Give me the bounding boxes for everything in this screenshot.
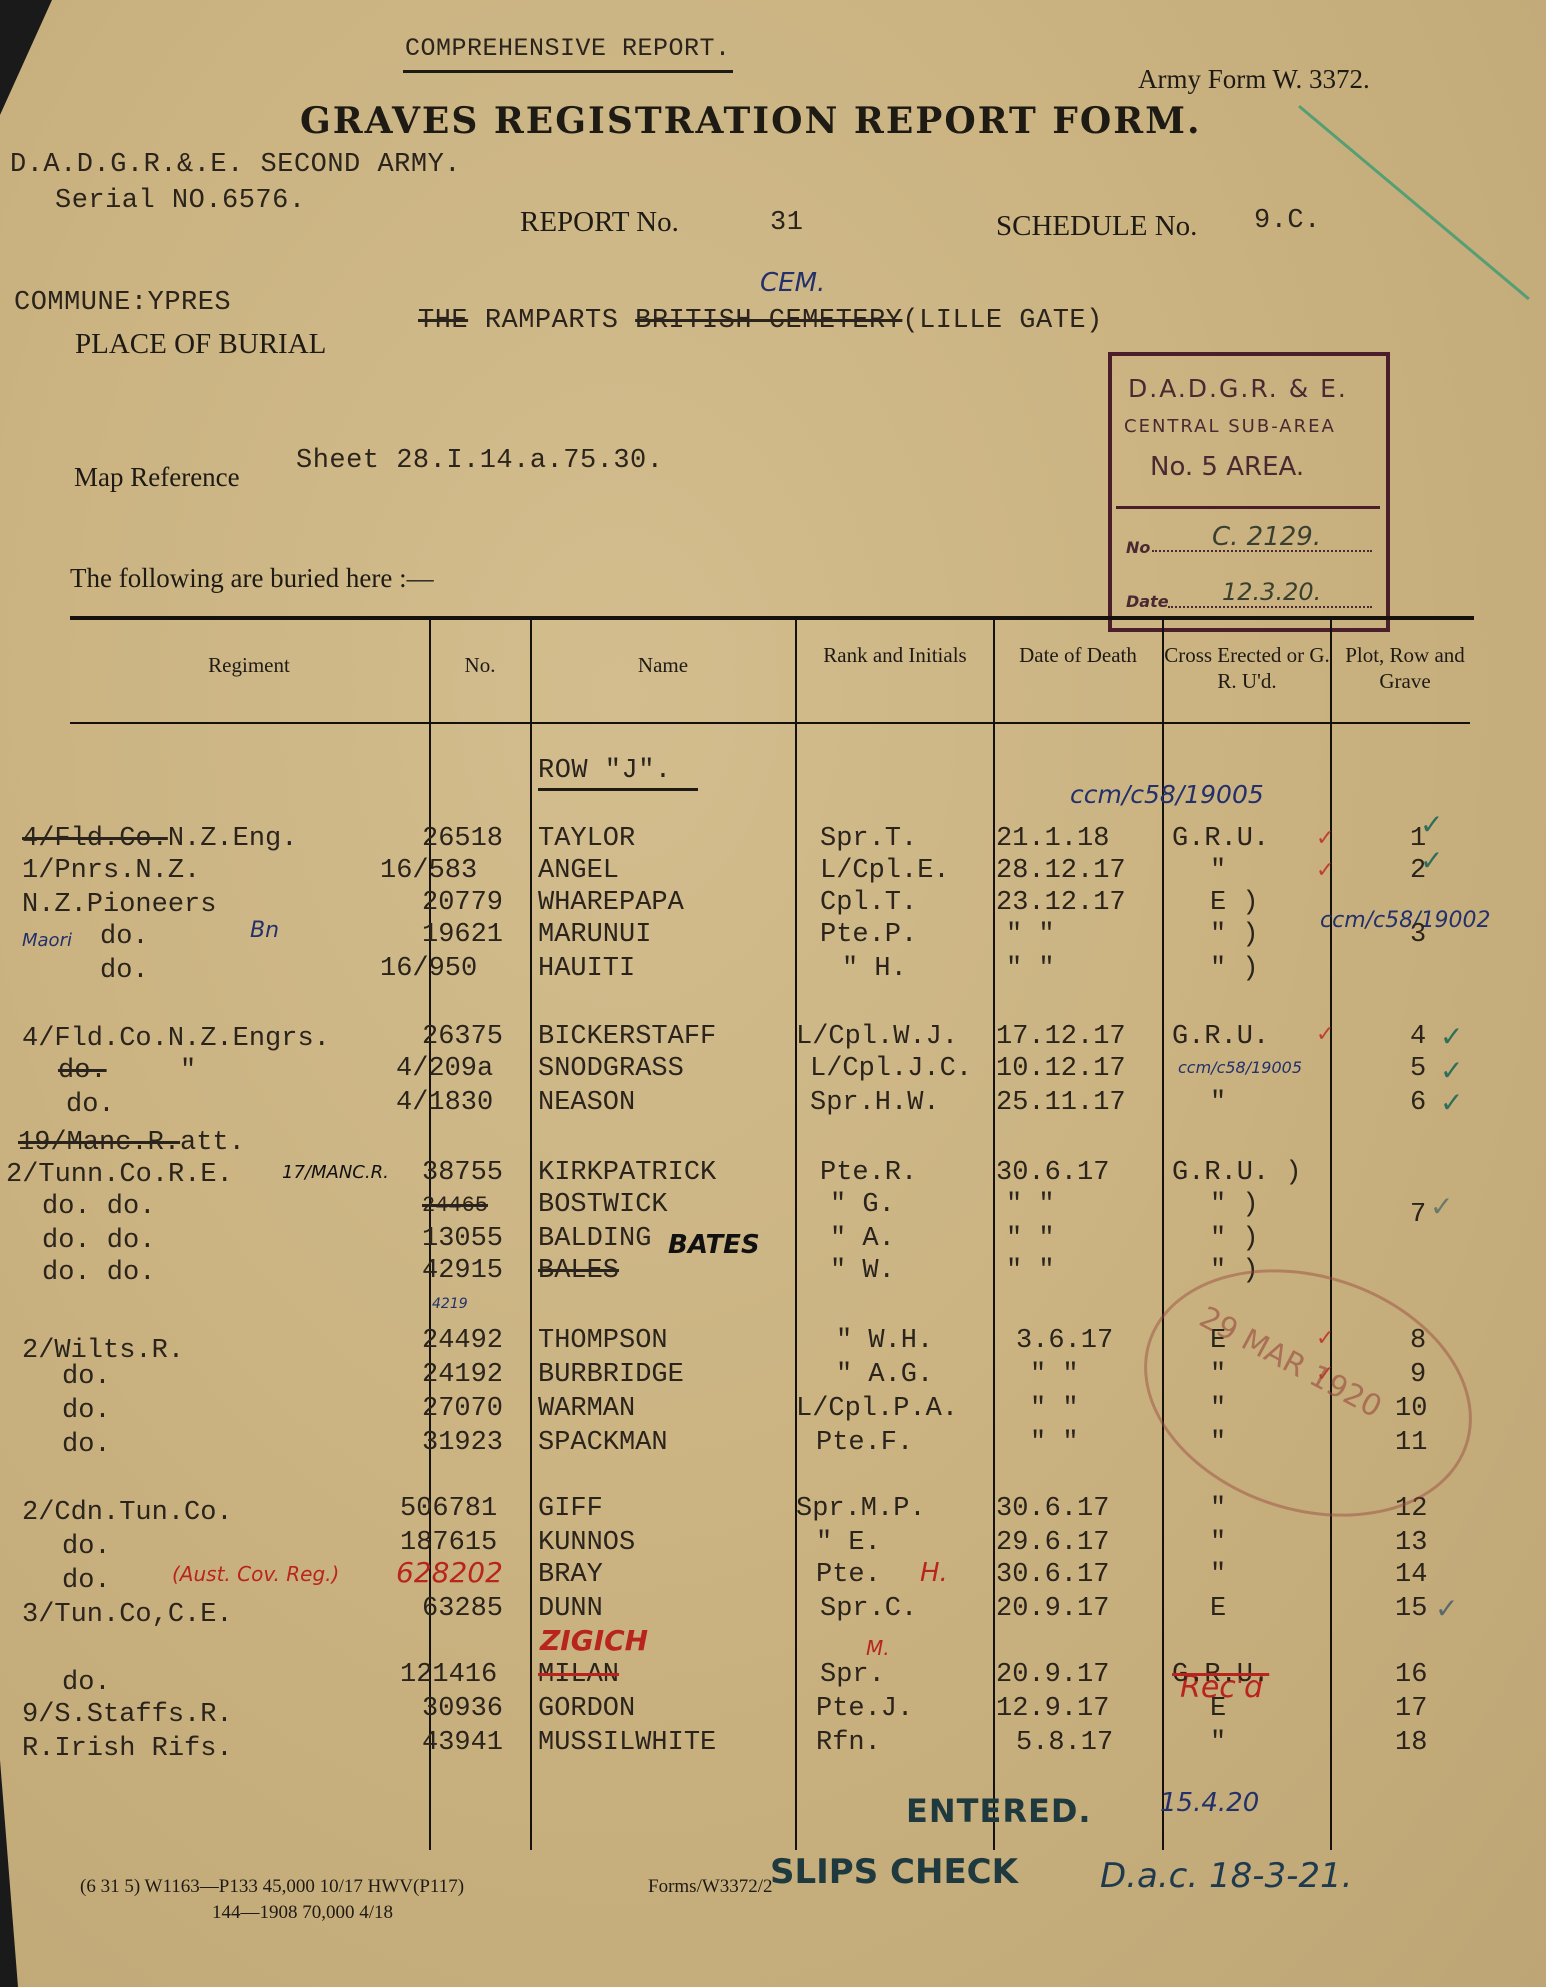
cell-name: GIFF xyxy=(538,1494,603,1524)
cell-cross: E xyxy=(1210,1694,1226,1724)
cell-rank: Cpl.T. xyxy=(820,888,917,918)
cell-date: " " xyxy=(1030,1428,1079,1458)
cell-rank: Spr.M.P. xyxy=(796,1494,926,1524)
cell-name: BALDING xyxy=(538,1224,651,1254)
cell-date: 5.8.17 xyxy=(1016,1728,1113,1758)
cell-rank: Pte. xyxy=(816,1560,881,1590)
stamp-line-3: No. 5 AREA. xyxy=(1150,452,1304,482)
cell-date: " " xyxy=(1006,1256,1055,1286)
cell-cross: " xyxy=(1210,1728,1226,1758)
cell-cross: " ) xyxy=(1210,954,1259,984)
cell-rank: L/Cpl.J.C. xyxy=(810,1054,972,1084)
cell-cross: G.R.U. xyxy=(1172,1660,1269,1690)
cell-rank: Spr.C. xyxy=(820,1594,917,1624)
cell-regiment: do. do. xyxy=(42,1226,155,1256)
cell-cross: " xyxy=(1210,1088,1226,1118)
cell-cross: " xyxy=(1210,1494,1226,1524)
slips-check-stamp: SLIPS CHECK xyxy=(770,1852,1018,1892)
cell-regiment: do. xyxy=(62,1566,111,1596)
cell-cross: E ) xyxy=(1210,888,1259,918)
stamp-date-dots xyxy=(1168,606,1372,608)
cell-regiment: R.Irish Rifs. xyxy=(22,1734,233,1764)
cell-plot: 14 xyxy=(1395,1560,1427,1590)
cell-regiment: 2/Tunn.Co.R.E. xyxy=(6,1160,233,1190)
cell-name: MARUNUI xyxy=(538,920,651,950)
cell-cross: E xyxy=(1210,1594,1226,1624)
cell-date: " " xyxy=(1006,1190,1055,1220)
cell-plot: 18 xyxy=(1395,1728,1427,1758)
cell-rank: " E. xyxy=(816,1528,881,1558)
table-row: 4/Fld.Co.4/Fld.Co.N.Z.Eng.N.Z.Eng. xyxy=(22,824,297,854)
cell-number: 24465 xyxy=(422,1190,488,1220)
cell-name: BRAY xyxy=(538,1560,603,1590)
cell-date: 17.12.17 xyxy=(996,1022,1126,1052)
print-code-line-2: 144—1908 70,000 4/18 xyxy=(212,1902,393,1924)
cell-name: THOMPSON xyxy=(538,1326,668,1356)
cell-regiment: do. xyxy=(62,1362,111,1392)
cell-regiment: do. xyxy=(100,922,149,952)
place-of-burial-label: PLACE OF BURIAL xyxy=(75,328,326,361)
struck-regiment-prefix: 4/Fld.Co. xyxy=(22,824,168,854)
check-mark-icon: ✓ xyxy=(1440,1086,1463,1119)
cell-regiment: N.Z.Pioneers xyxy=(22,890,216,920)
cell-name: HAUITI xyxy=(538,954,635,984)
cell-number: 31923 xyxy=(422,1428,503,1458)
cell-regiment: 4/Fld.Co.N.Z.Engrs. xyxy=(22,1024,330,1054)
green-pencil-mark xyxy=(1298,105,1530,300)
cell-rank: Rfn. xyxy=(816,1728,881,1758)
document-page: COMPREHENSIVE REPORT. Army Form W. 3372.… xyxy=(0,0,1546,1987)
cell-rank: " W.H. xyxy=(836,1326,933,1356)
cell-regiment: do. xyxy=(62,1430,111,1460)
header-name: Name xyxy=(532,652,794,678)
cell-cross: " ) xyxy=(1210,920,1259,950)
handwritten-milan-initial: M. xyxy=(866,1636,890,1660)
slips-check-handwritten: D.a.c. 18-3-21. xyxy=(1100,1856,1352,1896)
cell-name: MILAN xyxy=(538,1660,619,1690)
entered-stamp: ENTERED. xyxy=(906,1792,1092,1830)
cell-regiment: do. xyxy=(66,1090,115,1120)
cell-plot: 15 xyxy=(1395,1594,1427,1624)
comprehensive-underline xyxy=(403,70,733,73)
place-suffix: (LILLE GATE) xyxy=(902,306,1102,336)
cell-number: 27070 xyxy=(422,1394,503,1424)
place-of-burial-value: THE RAMPARTS BRITISH CEMETERY(LILLE GATE… xyxy=(418,306,1103,336)
handwritten-bn: Bn xyxy=(250,918,279,943)
row-j-label: ROW "J". xyxy=(538,756,672,786)
struck-regiment-note: 19/Manc.R.att. xyxy=(18,1128,245,1158)
cell-name: MUSSILWHITE xyxy=(538,1728,716,1758)
check-mark-icon: ✓ xyxy=(1420,844,1443,877)
cell-date: " " xyxy=(1006,954,1055,984)
cell-date: " " xyxy=(1006,920,1055,950)
cell-rank: Pte.F. xyxy=(816,1428,913,1458)
cell-plot: 5 xyxy=(1410,1054,1426,1084)
cell-regiment: do. xyxy=(62,1668,111,1698)
cell-cross: G.R.U. ) xyxy=(1172,1158,1302,1188)
cell-number: 63285 xyxy=(422,1594,503,1624)
cell-plot: 7 xyxy=(1410,1200,1426,1230)
cell-regiment: 3/Tun.Co,C.E. xyxy=(22,1600,233,1630)
check-mark-icon: ✓ xyxy=(1440,1020,1463,1053)
cell-number: 38755 xyxy=(422,1158,503,1188)
cell-number: 187615 xyxy=(400,1528,497,1558)
received-oval-stamp xyxy=(1112,1229,1504,1557)
table-header-rule xyxy=(70,722,1470,724)
report-no-value: 31 xyxy=(770,208,803,238)
cell-rank: Spr. xyxy=(820,1660,885,1690)
stamp-date-label: Date xyxy=(1126,592,1169,611)
cell-date: 28.12.17 xyxy=(996,856,1126,886)
handwritten-maori: Maori xyxy=(22,930,72,951)
header-date-of-death: Date of Death xyxy=(1010,642,1146,668)
cell-date: 29.6.17 xyxy=(996,1528,1109,1558)
cell-rank: " A.G. xyxy=(836,1360,933,1390)
struck-words-british-cemetery: BRITISH CEMETERY xyxy=(635,306,902,336)
cell-plot: 3 xyxy=(1410,920,1426,950)
cell-number: 19621 xyxy=(422,920,503,950)
cell-number: 121416 xyxy=(400,1660,497,1690)
header-regiment: Regiment xyxy=(70,652,428,678)
column-divider-3 xyxy=(795,620,797,1850)
cell-cross: " ) xyxy=(1210,1190,1259,1220)
cell-regiment: 9/S.Staffs.R. xyxy=(22,1700,233,1730)
commune: COMMUNE:YPRES xyxy=(14,288,231,318)
red-tick-icon: ✓ xyxy=(1316,858,1334,883)
cell-plot: 6 xyxy=(1410,1088,1426,1118)
handwritten-manc: 17/MANC.R. xyxy=(282,1162,389,1183)
cell-date: 30.6.17 xyxy=(996,1560,1109,1590)
check-mark-icon: ✓ xyxy=(1435,1592,1458,1625)
cell-regiment: do. xyxy=(62,1532,111,1562)
cell-name: TAYLOR xyxy=(538,824,635,854)
handwritten-bray-initial: H. xyxy=(920,1558,948,1588)
cell-rank: " A. xyxy=(830,1224,895,1254)
cell-plot: 4 xyxy=(1410,1022,1426,1052)
cell-name: SNODGRASS xyxy=(538,1054,684,1084)
cell-number: 16/583 xyxy=(380,856,477,886)
cell-number: 506781 xyxy=(400,1494,497,1524)
cell-rank: " G. xyxy=(830,1190,895,1220)
cell-number: 13055 xyxy=(422,1224,503,1254)
forms-code: Forms/W3372/2 xyxy=(648,1876,773,1898)
schedule-no-label: SCHEDULE No. xyxy=(996,210,1197,243)
stamp-divider xyxy=(1116,506,1380,509)
red-tick-icon: ✓ xyxy=(1316,826,1334,851)
cell-date: " " xyxy=(1030,1360,1079,1390)
red-tick-icon: ✓ xyxy=(1316,1022,1334,1047)
cell-number: 20779 xyxy=(422,888,503,918)
cell-regiment: do. xyxy=(62,1396,111,1426)
cell-rank: " H. xyxy=(842,954,907,984)
buried-here-label: The following are buried here :— xyxy=(70,563,434,594)
cell-rank: " W. xyxy=(830,1256,895,1286)
cell-rank: Pte.J. xyxy=(816,1694,913,1724)
handwritten-cem-correction: CEM. xyxy=(760,268,825,298)
cell-name: NEASON xyxy=(538,1088,635,1118)
cell-number: 4/209a xyxy=(396,1054,493,1084)
stamp-date-value: 12.3.20. xyxy=(1222,578,1321,606)
handwritten-zigich: ZIGICH xyxy=(540,1624,648,1657)
cell-regiment: do. xyxy=(100,956,149,986)
header-cross-erected: Cross Erected or G. R. U'd. xyxy=(1164,642,1330,694)
row-j-underline xyxy=(538,788,698,791)
cell-name: KIRKPATRICK xyxy=(538,1158,716,1188)
cell-number: 24192 xyxy=(422,1360,503,1390)
cell-name: ANGEL xyxy=(538,856,619,886)
stamp-no-value: C. 2129. xyxy=(1212,522,1321,552)
handwritten-ref-mid: ccm/c58/19002 xyxy=(1320,908,1491,933)
cell-name: SPACKMAN xyxy=(538,1428,668,1458)
handwritten-bray-note: (Aust. Cov. Reg.) xyxy=(172,1562,339,1586)
column-divider-4 xyxy=(993,620,995,1850)
header-rank: Rank and Initials xyxy=(820,642,970,668)
stamp-line-2: CENTRAL SUB-AREA xyxy=(1124,416,1336,437)
table-top-rule xyxy=(70,616,1474,620)
cell-date: 30.6.17 xyxy=(996,1158,1109,1188)
cell-number: 4/1830 xyxy=(396,1088,493,1118)
cell-regiment: 2/Cdn.Tun.Co. xyxy=(22,1498,233,1528)
cell-rank: L/Cpl.W.J. xyxy=(796,1022,958,1052)
report-no-label: REPORT No. xyxy=(520,206,679,239)
cell-date: 20.9.17 xyxy=(996,1594,1109,1624)
cell-date: 25.11.17 xyxy=(996,1088,1126,1118)
cell-cross: " xyxy=(1210,1528,1226,1558)
check-mark-icon: ✓ xyxy=(1440,1054,1463,1087)
cell-date: 12.9.17 xyxy=(996,1694,1109,1724)
cell-number: 24492 xyxy=(422,1326,503,1356)
map-reference-label: Map Reference xyxy=(74,462,240,493)
cell-name: GORDON xyxy=(538,1694,635,1724)
cell-plot: 16 xyxy=(1395,1660,1427,1690)
cell-rank: L/Cpl.P.A. xyxy=(796,1394,958,1424)
comprehensive-report-label: COMPREHENSIVE REPORT. xyxy=(405,34,731,63)
cell-number: 42915 xyxy=(422,1256,503,1286)
cell-number: 26375 xyxy=(422,1022,503,1052)
office-stamp: D.A.D.G.R. & E. CENTRAL SUB-AREA No. 5 A… xyxy=(1108,352,1390,632)
cell-date: 10.12.17 xyxy=(996,1054,1126,1084)
handwritten-bates: BATES xyxy=(668,1230,760,1260)
cell-plot: 13 xyxy=(1395,1528,1427,1558)
cell-regiment: do. do. xyxy=(42,1258,155,1288)
place-name-ramparts: RAMPARTS xyxy=(485,306,619,336)
cell-name: WHAREPAPA xyxy=(538,888,684,918)
cell-regiment: " xyxy=(180,1056,196,1086)
column-divider-6 xyxy=(1330,620,1332,1850)
cell-date: 21.1.18 xyxy=(996,824,1109,854)
cell-date: 23.12.17 xyxy=(996,888,1126,918)
cell-number: 16/950 xyxy=(380,954,477,984)
cell-regiment: do. do. xyxy=(42,1192,155,1222)
form-title: GRAVES REGISTRATION REPORT FORM. xyxy=(300,100,1202,142)
cell-name: BURBRIDGE xyxy=(538,1360,684,1390)
stamp-line-1: D.A.D.G.R. & E. xyxy=(1128,374,1348,403)
cell-cross: G.R.U. xyxy=(1172,1022,1269,1052)
serial-number: Serial NO.6576. xyxy=(55,186,306,216)
cell-date: " " xyxy=(1006,1224,1055,1254)
cell-rank: Spr.T. xyxy=(820,824,917,854)
cell-number: 43941 xyxy=(422,1728,503,1758)
cell-cross: " ) xyxy=(1210,1224,1259,1254)
handwritten-ref-top: ccm/c58/19005 xyxy=(1070,780,1264,809)
print-code-line-1: (6 31 5) W1163—P133 45,000 10/17 HWV(P11… xyxy=(80,1876,464,1898)
cell-date: 30.6.17 xyxy=(996,1494,1109,1524)
unit-label: D.A.D.G.R.&.E. SECOND ARMY. xyxy=(10,150,461,180)
handwritten-ref-row5: ccm/c58/19005 xyxy=(1178,1058,1302,1077)
cell-name: BOSTWICK xyxy=(538,1190,668,1220)
handwritten-4219: 4219 xyxy=(432,1296,468,1312)
cell-name: BALES xyxy=(538,1256,619,1286)
stamp-no-label: No xyxy=(1126,538,1150,557)
cell-name: KUNNOS xyxy=(538,1528,635,1558)
army-form-number: Army Form W. 3372. xyxy=(1138,64,1370,95)
cell-rank: L/Cpl.E. xyxy=(820,856,950,886)
cell-cross: G.R.U. xyxy=(1172,824,1269,854)
cell-number: 26518 xyxy=(422,824,503,854)
handwritten-bray-number: 628202 xyxy=(396,1556,503,1589)
column-divider-2 xyxy=(530,620,532,1850)
map-reference-value: Sheet 28.I.14.a.75.30. xyxy=(296,446,663,476)
cell-rank: Pte.P. xyxy=(820,920,917,950)
cell-date: 20.9.17 xyxy=(996,1660,1109,1690)
check-mark-icon: ✓ xyxy=(1420,808,1443,841)
cell-regiment: 1/Pnrs.N.Z. xyxy=(22,856,200,886)
cell-date: 3.6.17 xyxy=(1016,1326,1113,1356)
cell-date: " " xyxy=(1030,1394,1079,1424)
cell-name: BICKERSTAFF xyxy=(538,1022,716,1052)
struck-do: do. xyxy=(58,1056,107,1086)
cell-cross: " xyxy=(1210,856,1226,886)
struck-word-the: THE xyxy=(418,306,468,336)
cell-cross: " xyxy=(1210,1560,1226,1590)
cell-name: DUNN xyxy=(538,1594,603,1624)
schedule-no-value: 9.C. xyxy=(1254,206,1321,236)
check-mark-icon: ✓ xyxy=(1430,1190,1453,1223)
cell-name: WARMAN xyxy=(538,1394,635,1424)
cell-rank: Spr.H.W. xyxy=(810,1088,940,1118)
cell-number: 30936 xyxy=(422,1694,503,1724)
header-number: No. xyxy=(431,652,529,678)
cell-plot: 17 xyxy=(1395,1694,1427,1724)
cell-rank: Pte.R. xyxy=(820,1158,917,1188)
header-plot-row-grave: Plot, Row and Grave xyxy=(1340,642,1470,694)
entered-date: 15.4.20 xyxy=(1160,1788,1259,1818)
